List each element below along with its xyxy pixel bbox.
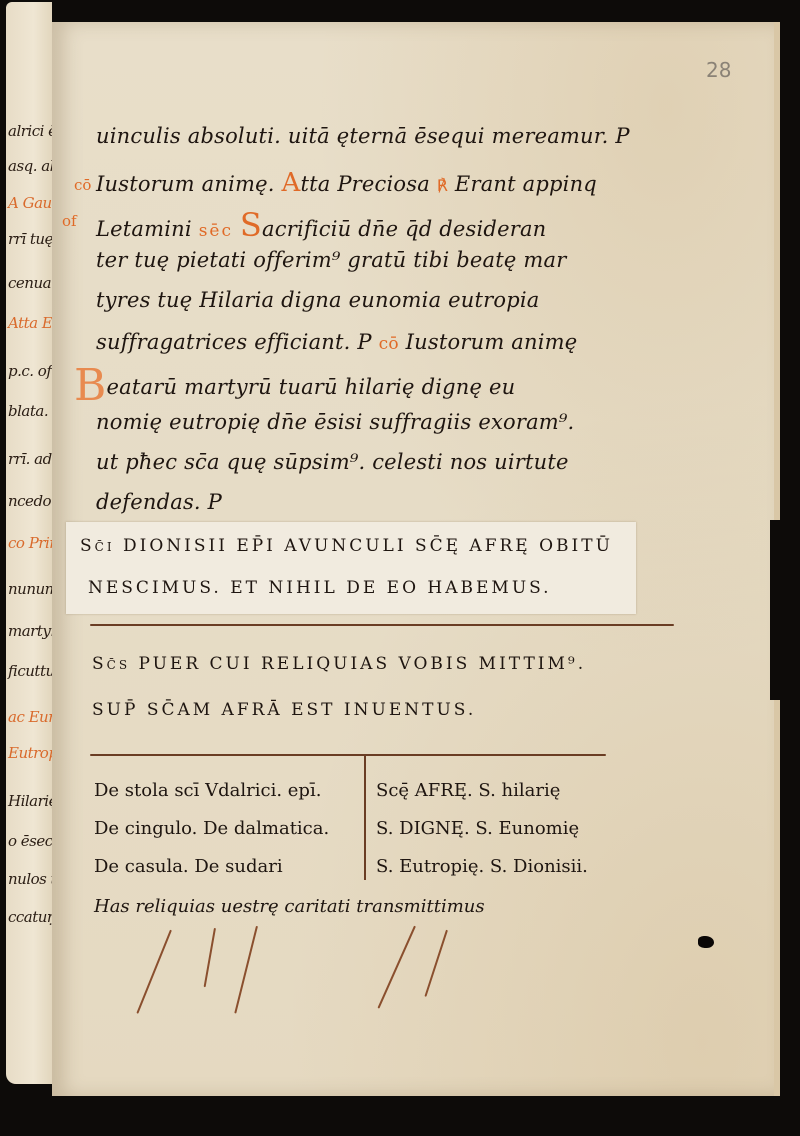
text-segment: eatarū martyrū tuarū hilarię dignę eu <box>107 375 516 399</box>
text-line-2: Iustorum animę. Atta Preciosa ℟ Erant ap… <box>96 168 597 198</box>
gutter-text: alrici ēfess <box>8 122 52 140</box>
gutter-text: nulos tu <box>8 870 52 888</box>
relic-left-1: De stola scī Vdalrici. epī. <box>94 780 321 801</box>
text-line-9: ut pħec sc̄a quę sūpsim⁹. celesti nos ui… <box>96 450 569 474</box>
gutter-text: ccatuṇ m <box>8 908 52 926</box>
responsory-mark: ℟ <box>437 176 448 195</box>
text-line-4: ter tuę pietati offerim⁹ gratū tibi beat… <box>96 248 566 272</box>
text-line-1: uinculis absoluti. uitā ęternā ēsequi me… <box>96 124 630 148</box>
page-edge-notch <box>770 520 780 700</box>
gutter-text: blata. Sē <box>8 402 52 420</box>
gutter-text: ac Eunom <box>8 708 52 726</box>
gutter-text: Hilarię d <box>8 792 52 810</box>
gutter-text: ncedo f <box>8 492 52 510</box>
folio-number: 28 <box>706 58 731 82</box>
gutter-text: asq. aboī <box>8 157 52 175</box>
initial-a: A <box>282 168 301 198</box>
facing-page-fragment: alrici ēfess asq. aboī A Gaudeā rrī tuę … <box>6 2 52 1084</box>
gutter-text: ficuttupt <box>8 662 52 680</box>
gutter-text: A Gaudeā <box>8 194 52 212</box>
relic-left-2: De cingulo. De dalmatica. <box>94 818 329 839</box>
relic-right-3: S. Eutropię. S. Dionisii. <box>376 856 588 877</box>
divider-rule <box>90 754 606 756</box>
gutter-text: rrī tuę (on <box>8 230 52 248</box>
gutter-text: martyre <box>8 622 52 640</box>
communion-rubric: cō <box>379 334 399 354</box>
gutter-text: p.c. of Fil <box>8 362 52 380</box>
column-divider <box>364 755 366 880</box>
text-segment: Iustorum animę <box>406 330 578 354</box>
gutter-text: Atta Eg <box>8 314 52 332</box>
margin-rubric-of: of <box>62 212 77 230</box>
initial-s: S <box>240 206 262 244</box>
pasted-note-line-2: NESCIMUS. ET NIHIL DE EO HABEMUS. <box>88 578 552 598</box>
relic-right-2: S. DIGNĘ. S. Eunomię <box>376 818 579 839</box>
text-segment: tta Preciosa <box>300 172 430 196</box>
boy-note-line-2: SUP̄ SC̄AM AFRĀ EST INUENTUS. <box>92 700 476 720</box>
text-segment: Letamini <box>96 217 192 241</box>
boy-note-line-1: Sc̄s PUER CUI RELIQUIAS VOBIS MITTIM⁹. <box>92 654 586 674</box>
divider-rule <box>90 624 674 626</box>
closing-line: Has reliquias uestrę caritati transmitti… <box>94 896 485 917</box>
gutter-text: rrī. adep <box>8 450 52 468</box>
margin-rubric-co: cō <box>74 176 91 194</box>
text-line-6: suffragatrices efficiant. P cō Iustorum … <box>96 330 577 354</box>
secreta-rubric: sēc <box>199 221 233 241</box>
text-segment: Iustorum animę. <box>96 172 275 196</box>
text-segment: acrificiū dn̄e q̄d desideran <box>262 217 546 241</box>
gutter-text: Eutropi <box>8 744 52 762</box>
text-segment: suffragatrices efficiant. P <box>96 330 372 354</box>
pasted-note-line-1: Sc̄i DIONISII EP̄I AVUNCULI SC̄Ę AFRĘ OB… <box>80 536 613 556</box>
text-line-5: tyres tuę Hilaria digna eunomia eutropia <box>96 288 540 312</box>
ink-blot <box>698 936 714 948</box>
gutter-text: nunumar <box>8 580 52 598</box>
text-line-7: Beatarū martyrū tuarū hilarię dignę eu <box>74 364 515 408</box>
relic-left-3: De casula. De sudari <box>94 856 283 877</box>
gutter-text: co Prima <box>8 534 52 552</box>
text-line-10: defendas. P <box>96 490 222 514</box>
text-segment: Erant appinq <box>455 172 597 196</box>
text-line-3: Letamini sēc Sacrificiū dn̄e q̄d desider… <box>96 206 546 244</box>
relic-right-1: Scę̄ AFRĘ. S. hilarię <box>376 780 560 801</box>
gutter-text: cenua serm <box>8 274 52 292</box>
gutter-text: o ēsecrat <box>8 832 52 850</box>
text-line-8: nomię eutropię dn̄e ēsisi suffragiis exo… <box>96 410 574 434</box>
initial-b: B <box>74 360 107 411</box>
